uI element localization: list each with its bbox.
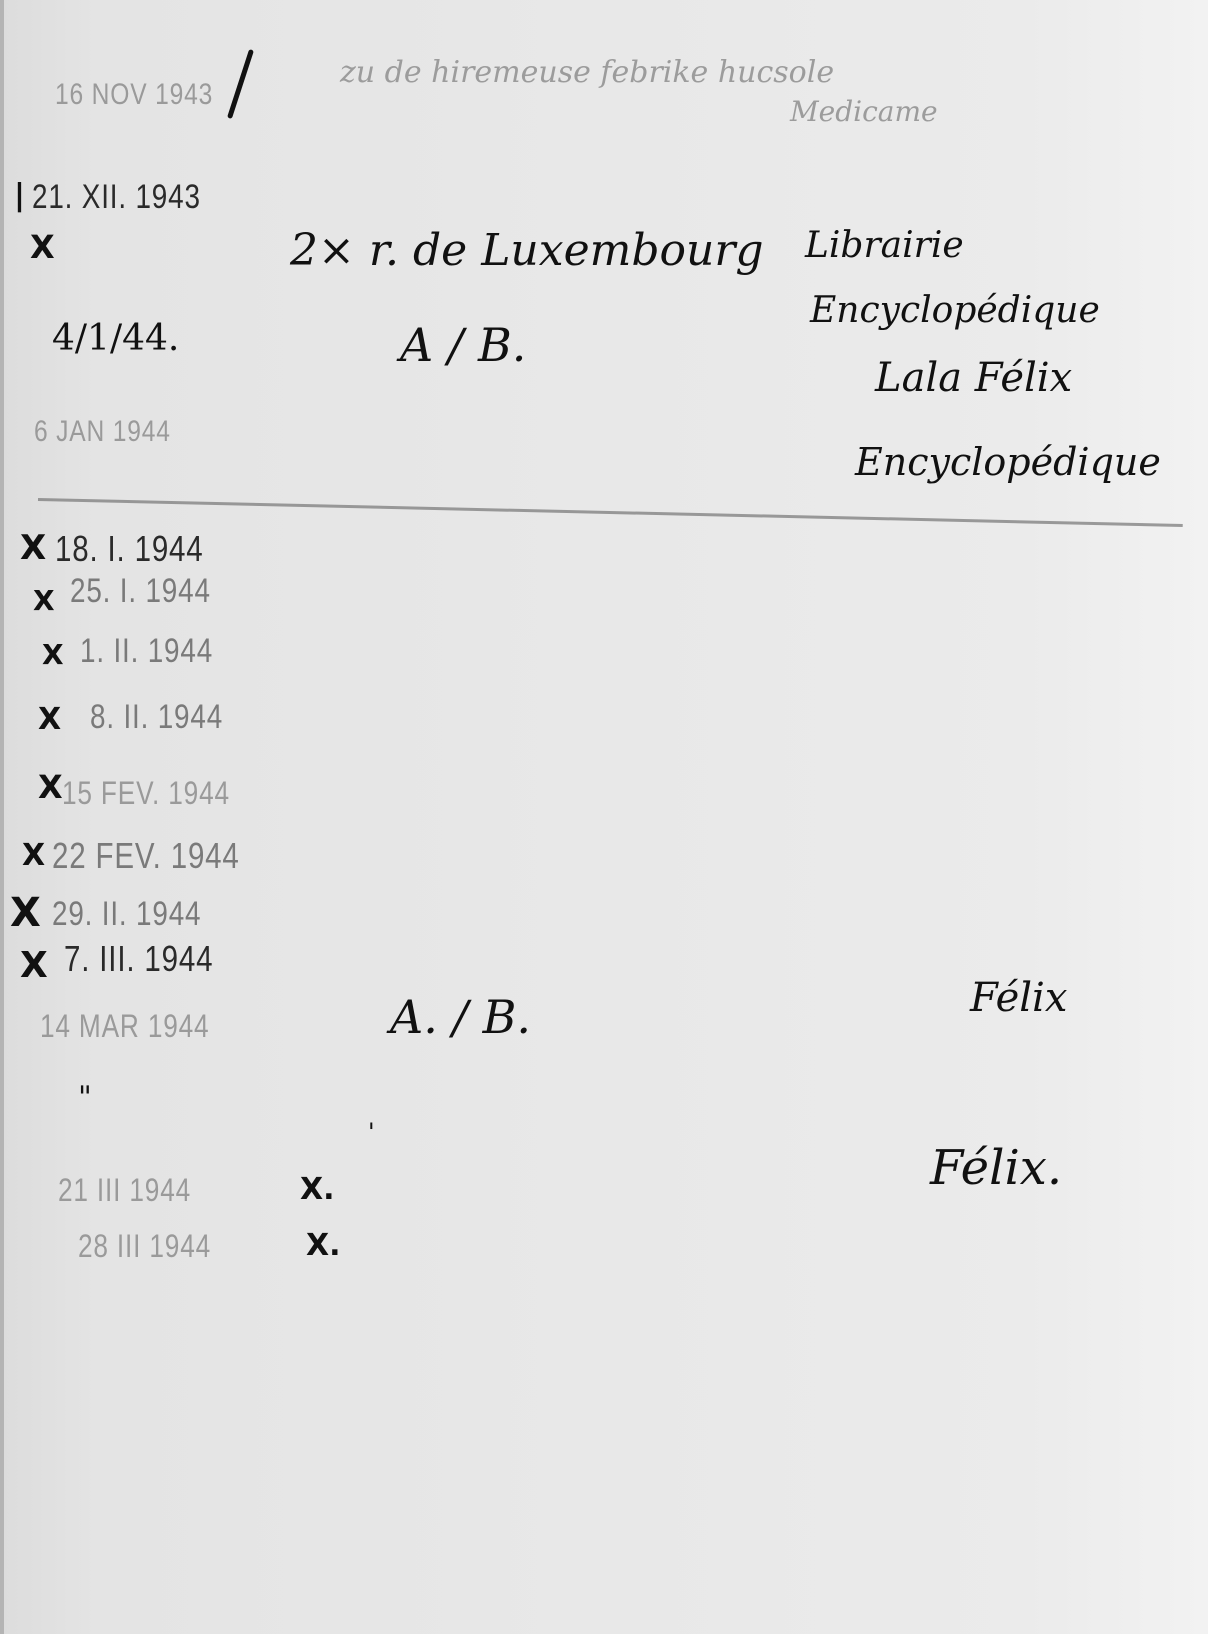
cross-mark: X (20, 945, 48, 986)
cross-mark: X. (300, 1172, 335, 1207)
date-stamp: 25. I. 1944 (70, 572, 211, 611)
date-stamp: 15 FEV. 1944 (62, 775, 230, 812)
date-stamp: 21. XII. 1943 (32, 178, 201, 217)
cross-mark: X (10, 890, 41, 936)
initials-signature: A. / B. (390, 990, 531, 1044)
top-note-line2: Medicame (790, 95, 938, 128)
date-stamp: 21 III 1944 (58, 1172, 191, 1209)
shop-name-line3: Encyclopédique (855, 440, 1161, 484)
shop-name-line2: Encyclopédique (810, 290, 1100, 331)
section-divider (38, 498, 1183, 527)
slash-mark (227, 49, 254, 119)
date-stamp: 7. III. 1944 (64, 938, 213, 980)
recipient-name: Lala Félix (875, 355, 1072, 401)
cross-mark: X (38, 702, 61, 737)
date-stamp: 8. II. 1944 (90, 698, 223, 737)
initials-signature: A / B. (400, 318, 526, 372)
cross-mark: X (38, 768, 63, 806)
date-stamp: 28 III 1944 (78, 1228, 211, 1265)
date-stamp: 18. I. 1944 (55, 528, 204, 570)
top-note-line1: zu de hiremeuse febrike hucsole (340, 55, 834, 90)
top-date-stamp: 16 NOV 1943 (55, 78, 213, 112)
tick-mark: ' (368, 1118, 375, 1146)
shop-name-line1: Librairie (805, 225, 964, 266)
date-stamp: 22 FEV. 1944 (52, 835, 240, 877)
ditto-mark: " (78, 1080, 92, 1115)
document-page: 16 NOV 1943 zu de hiremeuse febrike hucs… (0, 0, 1208, 1634)
cross-mark: X. (306, 1228, 341, 1263)
check-mark: | (14, 178, 25, 213)
handwritten-date: 4/1/44. (52, 318, 179, 359)
cross-mark: X (20, 528, 46, 568)
date-stamp: 14 MAR 1944 (40, 1008, 209, 1045)
cross-mark: X (42, 638, 64, 671)
date-stamp: 6 JAN 1944 (34, 415, 171, 449)
page-edge (0, 0, 4, 1634)
cross-mark: X (33, 584, 55, 617)
signature-felix: Félix (970, 975, 1067, 1021)
cross-mark: X (22, 838, 45, 873)
signature-felix: Félix. (930, 1140, 1062, 1196)
address-note: 2× r. de Luxembourg (290, 225, 764, 276)
date-stamp: 29. II. 1944 (52, 895, 201, 934)
cross-mark: X (30, 228, 55, 266)
date-stamp: 1. II. 1944 (80, 632, 213, 671)
